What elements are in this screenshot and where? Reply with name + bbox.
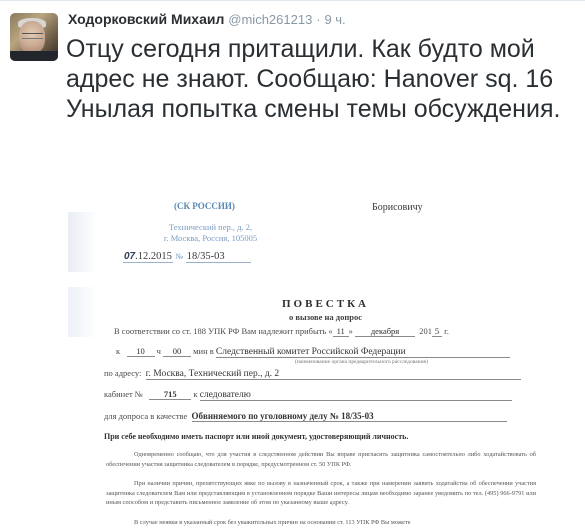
doc-paragraph-3-text: В случае неявки в указанный срок без ува… [134,519,411,526]
doc-org-address-line2: г. Москва, Россия, 105005 [148,233,273,244]
scan-shadow [68,212,98,272]
doc-title: ПОВЕСТКА [66,298,585,310]
doc-quote-close: » [349,326,353,336]
doc-paragraph-1: Одновременно сообщаю, что для участия в … [106,450,536,469]
separator-dot: · [316,12,320,27]
doc-paragraph-1-text: Одновременно сообщаю, что для участия в … [106,451,536,468]
doc-capacity-label: для допроса в качестве [104,411,187,421]
doc-line-arrival-date: В соответствии со ст. 188 УПК РФ Вам над… [114,326,449,337]
author-avatar[interactable] [10,13,58,61]
doc-year-unit: г. [444,326,449,336]
doc-arrival-month: декабря [355,326,415,337]
doc-line-capacity: для допроса в качестве Обвиняемого по уг… [104,411,507,422]
doc-number: 18/35-03 [186,251,251,263]
doc-address-value: г. Москва, Технический пер., д. 2 [146,369,521,380]
avatar-glasses [22,33,43,39]
tweet-text: Отцу сегодня притащили. Как будто мой ад… [66,34,581,124]
doc-recipient: Борисовичу [372,202,423,213]
doc-id-notice: При себе необходимо иметь паспорт или ин… [104,432,408,441]
doc-org-full: Следственный комитет Российской Федераци… [216,347,510,358]
avatar-shirt [10,51,58,61]
doc-date-number: 07.12.2015 № 18/35-03 [123,251,251,262]
doc-minutes: 00 [163,346,191,357]
doc-hour-label: ч [157,346,161,356]
doc-investigator: следователю [200,390,512,401]
doc-room-label: кабинет № [104,389,143,399]
doc-room-k: к [193,389,197,399]
doc-paragraph-2: При наличии причин, препятствующих явке … [106,479,536,508]
doc-year-suffix: 5 [432,326,442,337]
doc-line-address: по адресу: г. Москва, Технический пер., … [104,368,521,380]
doc-line-arrival-time: к 10 ч 00 мин в Следственный комитет Рос… [116,346,510,358]
tweet-top-border [0,0,585,1]
doc-paragraph-2-text: При наличии причин, препятствующих явке … [106,480,536,506]
doc-org-name: (СК РОССИИ) [174,201,235,211]
doc-org-address-line1: Технический пер., д. 2, [148,222,273,233]
tweet-header: Ходорковский Михаил @mich261213 · 9 ч. [68,10,346,29]
doc-paragraph-3: В случае неявки в указанный срок без ува… [106,518,536,528]
doc-org-address: Технический пер., д. 2, г. Москва, Росси… [148,222,273,244]
doc-org-caption: (наименование органа предварительного ра… [295,359,428,365]
doc-arrival-day: 11 [333,326,349,337]
doc-year-prefix: 201 [419,326,432,336]
attached-document-image[interactable]: (СК РОССИИ) Технический пер., д. 2, г. М… [66,192,585,530]
doc-date-rest: .12.2015 [135,251,172,262]
doc-hour: 10 [127,346,155,357]
doc-minutes-label: мин в [193,346,214,356]
author-name[interactable]: Ходорковский Михаил [68,11,224,27]
doc-number-label: № [176,252,184,261]
doc-line-room: кабинет № 715 к следователю [104,389,512,401]
doc-arrival-prefix: В соответствии со ст. 188 УПК РФ Вам над… [114,326,333,336]
doc-subtitle: о вызове на допрос [66,312,585,322]
doc-date-day: 07 [124,251,135,262]
doc-capacity-value: Обвиняемого по уголовному делу № 18/35-0… [192,411,507,422]
tweet-timestamp[interactable]: 9 ч. [324,12,345,27]
doc-k: к [116,346,120,356]
doc-room-number: 715 [149,389,191,400]
author-handle[interactable]: @mich261213 [228,12,312,27]
doc-address-label: по адресу: [104,368,141,378]
